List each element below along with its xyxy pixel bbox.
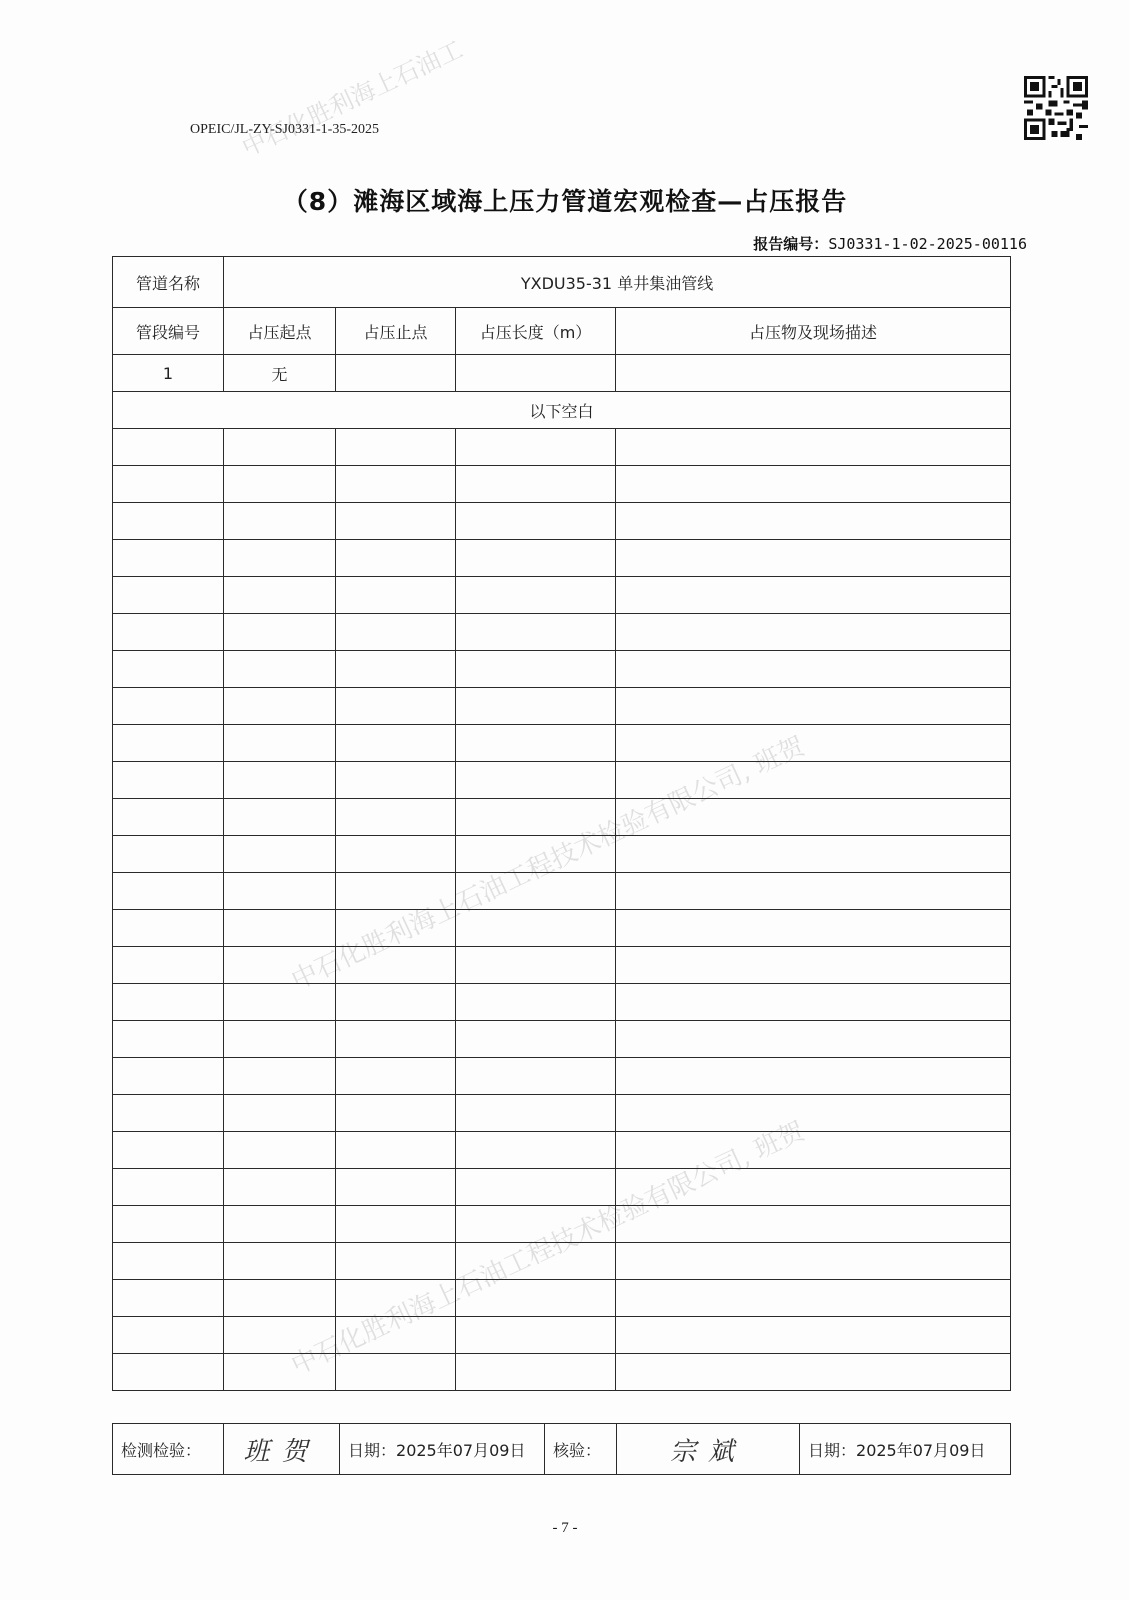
- blank-row: [113, 1354, 1011, 1391]
- page-title: （8）滩海区域海上压力管道宏观检查—占压报告: [0, 182, 1130, 218]
- report-number: 报告编号：SJ0331-1-02-2025-00116: [753, 233, 1027, 254]
- reviewer-signature: 宗斌: [617, 1424, 800, 1475]
- empty-cell: [336, 466, 456, 503]
- empty-cell: [113, 799, 224, 836]
- end-point-cell: [336, 355, 456, 392]
- empty-cell: [113, 466, 224, 503]
- blank-row: [113, 1206, 1011, 1243]
- blank-row: [113, 1095, 1011, 1132]
- empty-cell: [336, 984, 456, 1021]
- blank-note-row: 以下空白: [113, 392, 1011, 429]
- empty-cell: [113, 503, 224, 540]
- empty-cell: [113, 873, 224, 910]
- pipeline-name-row: 管道名称 YXDU35-31 单井集油管线: [113, 257, 1011, 308]
- empty-cell: [113, 762, 224, 799]
- empty-cell: [616, 725, 1011, 762]
- empty-cell: [336, 1169, 456, 1206]
- signoff-table: 检测检验： 班贺 日期：2025年07月09日 核验： 宗斌 日期：2025年0…: [112, 1423, 1011, 1475]
- empty-cell: [456, 1317, 616, 1354]
- empty-cell: [336, 910, 456, 947]
- empty-cell: [224, 429, 336, 466]
- empty-cell: [616, 1095, 1011, 1132]
- empty-cell: [336, 688, 456, 725]
- segment-number-cell: 1: [113, 355, 224, 392]
- empty-cell: [113, 540, 224, 577]
- blank-row: [113, 910, 1011, 947]
- empty-cell: [456, 651, 616, 688]
- blank-row: [113, 651, 1011, 688]
- blank-row: [113, 984, 1011, 1021]
- empty-cell: [113, 1058, 224, 1095]
- empty-cell: [224, 947, 336, 984]
- reviewer-date-value: 2025年07月09日: [856, 1441, 985, 1460]
- length-cell: [456, 355, 616, 392]
- blank-row: [113, 873, 1011, 910]
- blank-row: [113, 1021, 1011, 1058]
- empty-cell: [616, 577, 1011, 614]
- empty-cell: [336, 429, 456, 466]
- empty-cell: [224, 1206, 336, 1243]
- empty-cell: [224, 503, 336, 540]
- empty-cell: [113, 910, 224, 947]
- empty-cell: [336, 873, 456, 910]
- empty-cell: [113, 429, 224, 466]
- empty-cell: [616, 688, 1011, 725]
- empty-cell: [336, 799, 456, 836]
- empty-cell: [336, 1095, 456, 1132]
- empty-cell: [456, 1021, 616, 1058]
- empty-cell: [336, 836, 456, 873]
- empty-cell: [224, 799, 336, 836]
- column-header: 占压止点: [336, 308, 456, 355]
- empty-cell: [456, 984, 616, 1021]
- empty-cell: [224, 1280, 336, 1317]
- empty-cell: [456, 873, 616, 910]
- empty-cell: [616, 466, 1011, 503]
- empty-cell: [224, 614, 336, 651]
- empty-cell: [113, 1280, 224, 1317]
- reviewer-date: 日期：2025年07月09日: [800, 1424, 1011, 1475]
- empty-cell: [224, 1132, 336, 1169]
- empty-cell: [113, 836, 224, 873]
- empty-cell: [336, 614, 456, 651]
- empty-cell: [456, 429, 616, 466]
- empty-cell: [456, 466, 616, 503]
- empty-cell: [113, 947, 224, 984]
- empty-cell: [224, 1317, 336, 1354]
- inspector-label: 检测检验：: [113, 1424, 224, 1475]
- blank-row: [113, 836, 1011, 873]
- empty-cell: [456, 836, 616, 873]
- blank-row: [113, 799, 1011, 836]
- pipeline-name-value: YXDU35-31 单井集油管线: [224, 257, 1011, 308]
- blank-row: [113, 688, 1011, 725]
- empty-cell: [336, 1132, 456, 1169]
- blank-row: [113, 577, 1011, 614]
- column-header: 占压物及现场描述: [616, 308, 1011, 355]
- signoff-row: 检测检验： 班贺 日期：2025年07月09日 核验： 宗斌 日期：2025年0…: [113, 1424, 1011, 1475]
- empty-cell: [113, 984, 224, 1021]
- blank-row: [113, 1058, 1011, 1095]
- empty-cell: [616, 540, 1011, 577]
- empty-cell: [336, 1243, 456, 1280]
- empty-cell: [456, 688, 616, 725]
- empty-cell: [616, 1354, 1011, 1391]
- empty-cell: [113, 688, 224, 725]
- empty-cell: [113, 1206, 224, 1243]
- empty-cell: [456, 503, 616, 540]
- table-row: 1 无: [113, 355, 1011, 392]
- empty-cell: [113, 1095, 224, 1132]
- blank-row: [113, 725, 1011, 762]
- empty-cell: [113, 1354, 224, 1391]
- page-number: - 7 -: [0, 1520, 1130, 1537]
- empty-cell: [336, 947, 456, 984]
- empty-cell: [336, 762, 456, 799]
- empty-cell: [336, 1280, 456, 1317]
- empty-cell: [616, 429, 1011, 466]
- inspector-date: 日期：2025年07月09日: [340, 1424, 545, 1475]
- column-header: 占压长度（m）: [456, 308, 616, 355]
- blank-row: [113, 1317, 1011, 1354]
- empty-cell: [456, 1206, 616, 1243]
- empty-cell: [616, 984, 1011, 1021]
- empty-cell: [336, 725, 456, 762]
- empty-cell: [456, 725, 616, 762]
- empty-cell: [336, 1317, 456, 1354]
- empty-cell: [336, 540, 456, 577]
- qr-code-icon: [1024, 76, 1088, 140]
- empty-cell: [456, 947, 616, 984]
- column-header: 占压起点: [224, 308, 336, 355]
- empty-cell: [616, 947, 1011, 984]
- reviewer-label: 核验：: [545, 1424, 617, 1475]
- empty-cell: [336, 1058, 456, 1095]
- pipeline-name-label: 管道名称: [113, 257, 224, 308]
- inspector-date-value: 2025年07月09日: [396, 1441, 525, 1460]
- empty-cell: [336, 651, 456, 688]
- empty-cell: [224, 577, 336, 614]
- blank-row: [113, 1169, 1011, 1206]
- blank-row: [113, 1243, 1011, 1280]
- empty-cell: [616, 910, 1011, 947]
- inspector-signature-text: 班贺: [243, 1437, 319, 1467]
- empty-cell: [616, 836, 1011, 873]
- empty-cell: [336, 503, 456, 540]
- empty-cell: [224, 725, 336, 762]
- document-code: OPEIC/JL-ZY-SJ0331-1-35-2025: [190, 122, 379, 138]
- empty-cell: [456, 540, 616, 577]
- empty-cell: [224, 1169, 336, 1206]
- empty-cell: [113, 1243, 224, 1280]
- empty-cell: [224, 1095, 336, 1132]
- empty-cell: [224, 910, 336, 947]
- empty-cell: [456, 1095, 616, 1132]
- blank-row: [113, 503, 1011, 540]
- empty-cell: [224, 1243, 336, 1280]
- empty-cell: [113, 651, 224, 688]
- empty-cell: [456, 1280, 616, 1317]
- empty-cell: [616, 1280, 1011, 1317]
- empty-cell: [456, 1243, 616, 1280]
- empty-cell: [336, 1021, 456, 1058]
- occupation-table: 管道名称 YXDU35-31 单井集油管线 管段编号 占压起点 占压止点 占压长…: [112, 256, 1011, 1391]
- blank-row: [113, 1280, 1011, 1317]
- empty-cell: [336, 1206, 456, 1243]
- empty-cell: [224, 466, 336, 503]
- column-header-row: 管段编号 占压起点 占压止点 占压长度（m） 占压物及现场描述: [113, 308, 1011, 355]
- blank-row: [113, 429, 1011, 466]
- empty-cell: [616, 873, 1011, 910]
- empty-cell: [113, 725, 224, 762]
- blank-row: [113, 466, 1011, 503]
- empty-cell: [616, 1058, 1011, 1095]
- blank-row: [113, 540, 1011, 577]
- empty-cell: [224, 540, 336, 577]
- empty-cell: [113, 1317, 224, 1354]
- inspector-signature: 班贺: [224, 1424, 340, 1475]
- empty-cell: [456, 799, 616, 836]
- blank-note: 以下空白: [113, 392, 1011, 429]
- blank-row: [113, 614, 1011, 651]
- blank-row: [113, 762, 1011, 799]
- empty-cell: [113, 1132, 224, 1169]
- empty-cell: [616, 1243, 1011, 1280]
- empty-cell: [113, 1021, 224, 1058]
- empty-cell: [456, 1169, 616, 1206]
- empty-cell: [456, 1354, 616, 1391]
- inspector-date-label: 日期：: [348, 1441, 396, 1460]
- column-header: 管段编号: [113, 308, 224, 355]
- empty-cell: [616, 503, 1011, 540]
- blank-row: [113, 1132, 1011, 1169]
- empty-cell: [456, 1058, 616, 1095]
- empty-cell: [336, 577, 456, 614]
- empty-cell: [224, 1058, 336, 1095]
- empty-cell: [616, 1317, 1011, 1354]
- reviewer-signature-text: 宗斌: [670, 1437, 746, 1467]
- report-number-label: 报告编号：: [753, 235, 828, 253]
- empty-cell: [616, 651, 1011, 688]
- empty-cell: [616, 1206, 1011, 1243]
- empty-cell: [616, 1021, 1011, 1058]
- description-cell: [616, 355, 1011, 392]
- empty-cell: [113, 577, 224, 614]
- report-number-value: SJ0331-1-02-2025-00116: [828, 235, 1027, 253]
- empty-cell: [616, 1132, 1011, 1169]
- empty-cell: [113, 614, 224, 651]
- empty-cell: [616, 614, 1011, 651]
- empty-cell: [224, 1021, 336, 1058]
- empty-cell: [616, 799, 1011, 836]
- empty-cell: [224, 688, 336, 725]
- empty-cell: [456, 762, 616, 799]
- empty-cell: [336, 1354, 456, 1391]
- empty-cell: [456, 577, 616, 614]
- watermark-top: 中石化胜利海上石油工: [235, 30, 467, 163]
- reviewer-date-label: 日期：: [808, 1441, 856, 1460]
- empty-cell: [456, 910, 616, 947]
- empty-cell: [616, 762, 1011, 799]
- empty-cell: [113, 1169, 224, 1206]
- empty-cell: [224, 762, 336, 799]
- empty-cell: [224, 651, 336, 688]
- empty-cell: [224, 984, 336, 1021]
- empty-cell: [456, 614, 616, 651]
- blank-row: [113, 947, 1011, 984]
- empty-cell: [224, 1354, 336, 1391]
- empty-cell: [456, 1132, 616, 1169]
- empty-cell: [224, 836, 336, 873]
- empty-cell: [616, 1169, 1011, 1206]
- start-point-cell: 无: [224, 355, 336, 392]
- empty-cell: [224, 873, 336, 910]
